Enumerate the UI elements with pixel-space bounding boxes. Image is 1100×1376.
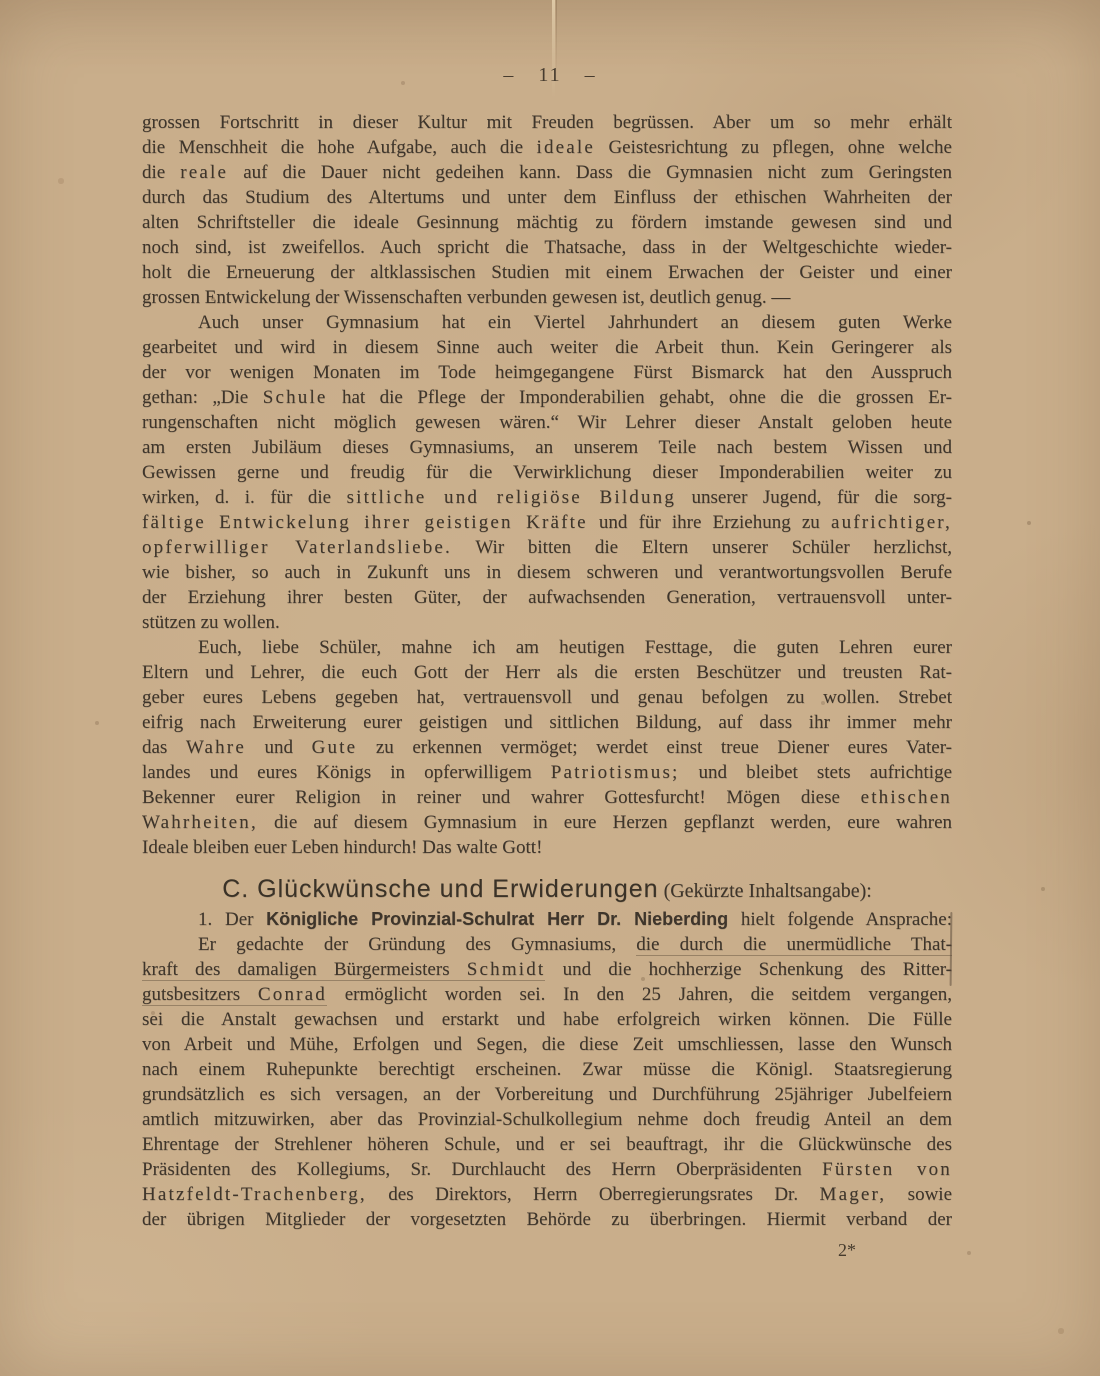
spaced-word: Patriotismus; <box>551 762 680 783</box>
signature-mark: 2* <box>838 1240 856 1261</box>
text-line: nach einem Ruhepunkte berechtigt erschei… <box>142 1057 952 1082</box>
text-line: opferwilliger Vaterlandsliebe. Wir bitte… <box>142 535 952 560</box>
text-line: fältige Entwickelung ihrer geistigen Krä… <box>142 510 952 535</box>
spaced-word: Mager, <box>820 1184 887 1205</box>
text-line: Hatzfeldt-Trachenberg, des Direktors, He… <box>142 1182 952 1207</box>
paragraph: grossen Fortschritt in dieser Kultur mit… <box>142 110 952 310</box>
text-line: Er gedachte der Gründung des Gymnasiums,… <box>142 932 952 957</box>
text-line: am ersten Jubiläum dieses Gymnasiums, an… <box>142 435 952 460</box>
text-line: Gewissen gerne und freudig für die Verwi… <box>142 460 952 485</box>
text-line: Bekenner eurer Religion in reiner und wa… <box>142 785 952 810</box>
heading-text: (Gekürzte Inhaltsangabe): <box>659 880 872 902</box>
text-line: amtlich mitzuwirken, aber das Provinzial… <box>142 1107 952 1132</box>
text-line: landes und eures Königs in opferwilligem… <box>142 760 952 785</box>
pencil-underlined-text: Schmidt <box>467 959 546 981</box>
text-line: grossen Fortschritt in dieser Kultur mit… <box>142 110 952 135</box>
text-line: der vor wenigen Monaten im Tode heimgega… <box>142 360 952 385</box>
spaced-word: Wahre <box>186 737 246 758</box>
text-line: der übrigen Mitglieder der vorgesetzten … <box>142 1207 952 1232</box>
text-line: grundsätzlich es sich versagen, an der V… <box>142 1082 952 1107</box>
spaced-word: ideale <box>537 137 595 158</box>
pencil-underlined-text: die durch die unermüdliche That- <box>636 934 952 956</box>
text-line: Ideale bleiben euer Leben hindurch! Das … <box>142 835 952 860</box>
text-line: durch das Studium des Altertums und unte… <box>142 185 952 210</box>
text-line: Ehrentage der Strehlener höheren Schule,… <box>142 1132 952 1157</box>
spaced-word: Schule <box>263 387 328 408</box>
text-line: Wahrheiten, die auf diesem Gymnasium in … <box>142 810 952 835</box>
spaced-word: reale <box>180 162 228 183</box>
spaced-word: sittliche und religiöse Bildung <box>347 487 676 508</box>
heading-text: C. Glückwünsche und Erwiderungen <box>222 875 658 903</box>
paragraph: 1. Der Königliche Provinzial-Schulrat He… <box>142 907 952 932</box>
paragraph: Er gedachte der Gründung des Gymnasiums,… <box>142 932 952 1232</box>
body-text: grossen Fortschritt in dieser Kultur mit… <box>142 110 952 1232</box>
text-line: die reale auf die Dauer nicht gedeihen k… <box>142 160 952 185</box>
text-line: 1. Der Königliche Provinzial-Schulrat He… <box>142 907 952 932</box>
pencil-underlined-text: gutsbesitzers <box>142 984 258 1006</box>
spaced-word: aufrichtiger, <box>831 512 952 533</box>
spaced-word: Hatzfeldt-Trachenberg, <box>142 1184 367 1205</box>
text-line: der Erziehung ihrer besten Güter, der au… <box>142 585 952 610</box>
document-page: – 11 – grossen Fortschritt in dieser Kul… <box>0 0 1100 1376</box>
text-line: Euch, liebe Schüler, mahne ich am heutig… <box>142 635 952 660</box>
spaced-word: ethischen <box>861 787 952 808</box>
text-line: Eltern und Lehrer, die euch Gott der Her… <box>142 660 952 685</box>
text-line: sei die Anstalt gewachsen und erstarkt u… <box>142 1007 952 1032</box>
text-line: wirken, d. i. für die sittliche und reli… <box>142 485 952 510</box>
section-heading: C. Glückwünsche und Erwiderungen (Gekürz… <box>142 874 952 904</box>
spaced-word: Fürsten von <box>822 1159 952 1180</box>
text-line: gutsbesitzers Conrad ermöglicht worden s… <box>142 982 952 1007</box>
text-line: grossen Entwickelung der Wissenschaften … <box>142 285 952 310</box>
pencil-underlined-text: Conrad <box>258 984 327 1006</box>
text-line: wie bisher, so auch in Zukunft uns in di… <box>142 560 952 585</box>
text-line: die Menschheit die hohe Aufgabe, auch di… <box>142 135 952 160</box>
text-line: von Arbeit und Mühe, Erfolgen und Segen,… <box>142 1032 952 1057</box>
text-line: alten Schriftsteller die ideale Gesinnun… <box>142 210 952 235</box>
spaced-word: opferwilliger Vaterlandsliebe. <box>142 537 452 558</box>
spaced-word: Wahrheiten, <box>142 812 258 833</box>
pencil-underlined-text: kraft des damaligen Bürgermeisters <box>142 959 467 981</box>
text-line: das Wahre und Gute zu erkennen vermöget;… <box>142 735 952 760</box>
text-line: eifrig nach Erweiterung eurer geistigen … <box>142 710 952 735</box>
text-line: gethan: „Die Schule hat die Pflege der I… <box>142 385 952 410</box>
spaced-word: Gute <box>312 737 358 758</box>
paragraph: Euch, liebe Schüler, mahne ich am heutig… <box>142 635 952 860</box>
text-line: noch sind, ist zweifellos. Auch spricht … <box>142 235 952 260</box>
text-line: gearbeitet und wird in diesem Sinne auch… <box>142 335 952 360</box>
text-line: kraft des damaligen Bürgermeisters Schmi… <box>142 957 952 982</box>
page-number: – 11 – <box>0 64 1100 87</box>
text-line: holt die Erneuerung der altklassischen S… <box>142 260 952 285</box>
spaced-word: fältige Entwickelung ihrer geistigen Krä… <box>142 512 588 533</box>
person-name-bold: Königliche Provinzial-Schulrat Herr Dr. … <box>266 909 728 929</box>
text-line: rungenschaften nicht möglich gewesen wär… <box>142 410 952 435</box>
paragraph: Auch unser Gymnasium hat ein Viertel Jah… <box>142 310 952 635</box>
text-line: Präsidenten des Kollegiums, Sr. Durchlau… <box>142 1157 952 1182</box>
text-line: Auch unser Gymnasium hat ein Viertel Jah… <box>142 310 952 335</box>
text-line: geber eures Lebens gegeben hat, vertraue… <box>142 685 952 710</box>
paper-specks <box>0 0 2 2</box>
text-line: stützen zu wollen. <box>142 610 952 635</box>
